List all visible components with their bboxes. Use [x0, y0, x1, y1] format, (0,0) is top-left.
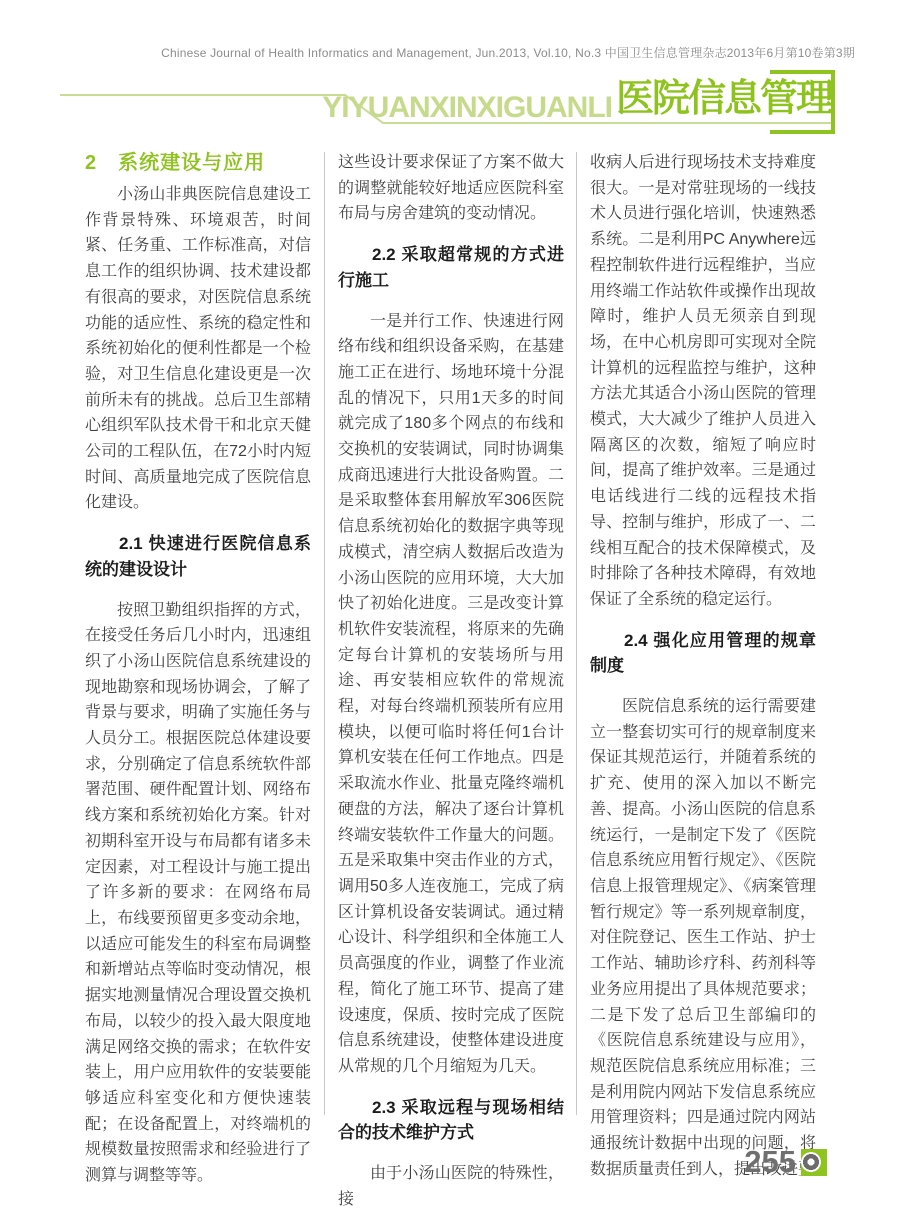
text-column-1: 2 系统建设与应用 小汤山非典医院信息建设工作背景特殊、环境艰苦，时间紧、任务重… [85, 150, 311, 1189]
subsection-heading-2-4: 2.4 强化应用管理的规章制度 [590, 628, 816, 679]
journal-logo-icon [801, 1149, 827, 1176]
paragraph-continued: 这些设计要求保证了方案不做大的调整就能较好地适应医院科室布局与房舍建筑的变动情况… [338, 150, 564, 227]
page-footer: 255 [744, 1148, 827, 1176]
banner-pinyin-text: YIYUANXINXIGUANLI [322, 93, 612, 123]
journal-header-line: Chinese Journal of Health Informatics an… [161, 44, 855, 61]
subsection-heading-2-3: 2.3 采取远程与现场相结合的技术维护方式 [338, 1095, 564, 1146]
column-divider-left [324, 152, 325, 1115]
section-heading: 2 系统建设与应用 [85, 150, 311, 176]
text-column-3: 收病人后进行现场技术支持难度很大。一是对常驻现场的一线技术人员进行强化培训，快速… [590, 150, 816, 1182]
subsection-heading-2-2: 2.2 采取超常规的方式进行施工 [338, 242, 564, 293]
paragraph: 按照卫勤组织指挥的方式，在接受任务后几小时内，迅速组织了小汤山医院信息系统建设的… [85, 598, 311, 1189]
banner-title-text: 医院信息管理 [616, 80, 832, 118]
journal-page: Chinese Journal of Health Informatics an… [0, 0, 900, 1222]
page-number: 255 [744, 1148, 796, 1176]
paragraph: 一是并行工作、快速进行网络布线和组织设备采购，在基建施工正在进行、场地环境十分混… [338, 309, 564, 1080]
paragraph: 小汤山非典医院信息建设工作背景特殊、环境艰苦，时间紧、任务重、工作标准高，对信息… [85, 182, 311, 516]
paragraph: 由于小汤山医院的特殊性，接 [338, 1161, 564, 1212]
column-divider-right [576, 152, 577, 1115]
text-column-2: 这些设计要求保证了方案不做大的调整就能较好地适应医院科室布局与房舍建筑的变动情况… [338, 150, 564, 1212]
subsection-heading-2-1: 2.1 快速进行医院信息系统的建设设计 [85, 531, 311, 582]
paragraph-continued: 收病人后进行现场技术支持难度很大。一是对常驻现场的一线技术人员进行强化培训，快速… [590, 150, 816, 613]
paragraph: 医院信息系统的运行需要建立一整套切实可行的规章制度来保证其规范运行，并随着系统的… [590, 694, 816, 1182]
